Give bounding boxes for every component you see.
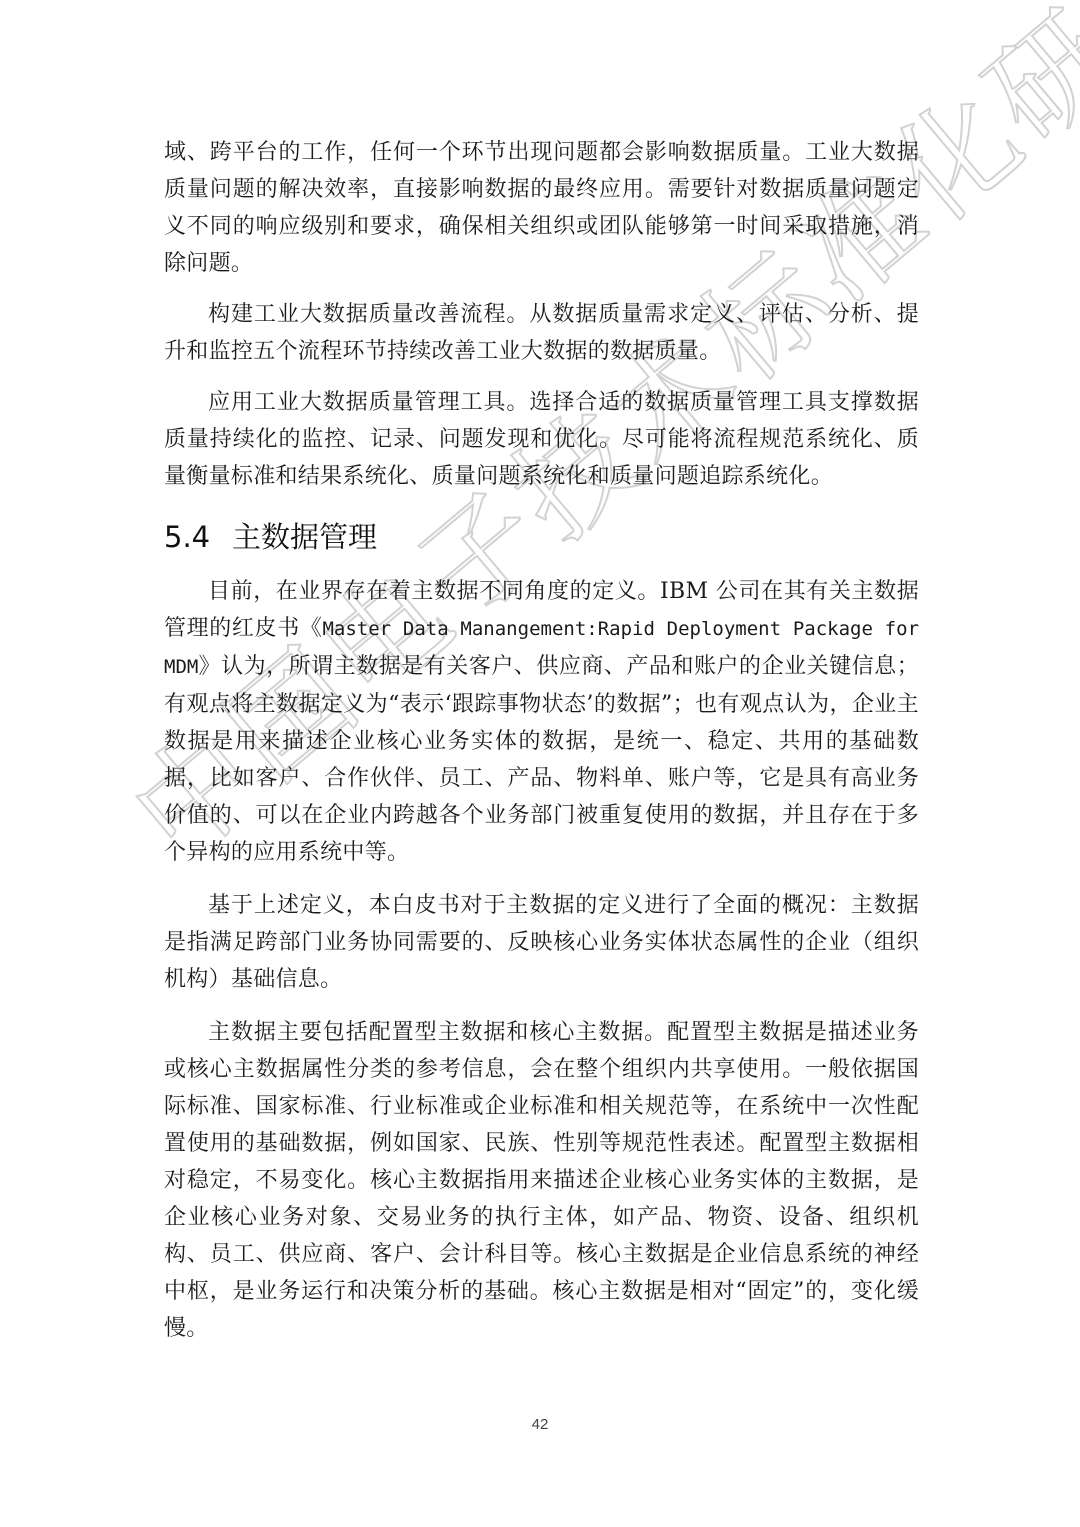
paragraph-definitions-part2: 》认为，所谓主数据是有关客户、供应商、产品和账户的企业关键信息；有观点将主数据定… [164,654,919,865]
paragraph-quality-tools: 应用工业大数据质量管理工具。选择合适的数据质量管理工具支撑数据质量持续化的监控、… [164,384,919,495]
paragraph-data-types: 主数据主要包括配置型主数据和核心主数据。配置型主数据是描述业务或核心主数据属性分… [164,1014,919,1347]
section-heading: 5.4主数据管理 [164,517,919,557]
paragraph-continued: 域、跨平台的工作，任何一个环节出现问题都会影响数据质量。工业大数据质量问题的解决… [164,134,919,282]
paragraph-whitepaper-definition: 基于上述定义，本白皮书对于主数据的定义进行了全面的概况：主数据是指满足跨部门业务… [164,887,919,998]
section-number: 5.4 [164,517,232,557]
document-page: 中国电子技术标准化研究院 域、跨平台的工作，任何一个环节出现问题都会影响数据质量… [0,0,1080,1527]
section-title: 主数据管理 [232,520,377,554]
paragraph-improvement-process: 构建工业大数据质量改善流程。从数据质量需求定义、评估、分析、提升和监控五个流程环… [164,296,919,370]
page-number: 42 [0,1416,1080,1433]
page-content: 域、跨平台的工作，任何一个环节出现问题都会影响数据质量。工业大数据质量问题的解决… [164,134,919,1363]
paragraph-definitions: 目前，在业界存在着主数据不同角度的定义。IBM 公司在其有关主数据管理的红皮书《… [164,573,919,871]
